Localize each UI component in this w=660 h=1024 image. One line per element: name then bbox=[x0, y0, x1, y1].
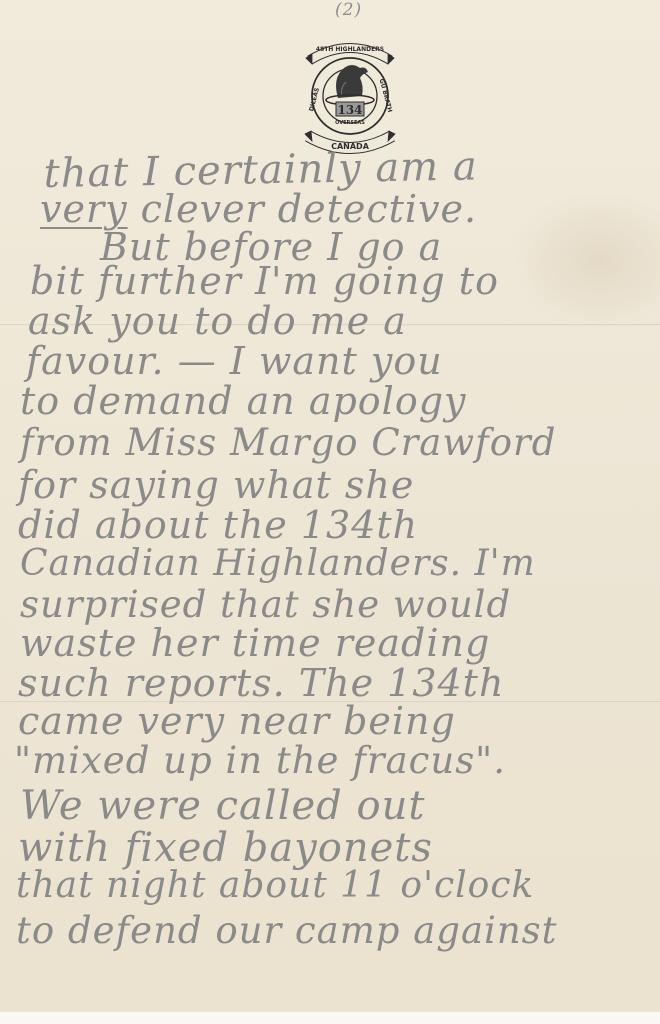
letter-line: came very near being bbox=[18, 702, 456, 740]
letter-line: that night about 11 o'clock bbox=[16, 868, 534, 904]
svg-text:GU BRATH: GU BRATH bbox=[378, 78, 394, 113]
letter-line: very clever detective. bbox=[40, 190, 477, 228]
svg-text:134: 134 bbox=[337, 103, 362, 117]
letter-line: for saying what she bbox=[18, 466, 414, 504]
letter-line: such reports. The 134th bbox=[18, 664, 504, 702]
svg-text:DILEAS: DILEAS bbox=[308, 87, 321, 112]
letter-line: waste her time reading bbox=[20, 624, 490, 662]
letter-line: to demand an apology bbox=[20, 382, 467, 420]
letter-line: with fixed bayonets bbox=[18, 828, 433, 868]
letter-line: to defend our camp against bbox=[16, 912, 558, 949]
letter-line: bit further I'm going to bbox=[30, 262, 499, 300]
svg-text:OVERSEAS: OVERSEAS bbox=[335, 120, 365, 126]
page-number: (2) bbox=[335, 0, 362, 20]
letter-line: favour. — I want you bbox=[26, 342, 443, 380]
letter-line: We were called out bbox=[20, 786, 425, 826]
letter-line: "mixed up in the fracus". bbox=[14, 742, 506, 779]
letter-line: surprised that she would bbox=[20, 586, 511, 623]
letter-line: ask you to do me a bbox=[28, 302, 407, 340]
letter-page: (2) 134 48TH HIGHLANDERS DILEAS bbox=[0, 0, 660, 1012]
svg-text:48TH HIGHLANDERS: 48TH HIGHLANDERS bbox=[316, 46, 384, 53]
letter-line: Canadian Highlanders. I'm bbox=[20, 546, 536, 582]
regimental-crest-icon: 134 48TH HIGHLANDERS DILEAS GU BRATH OVE… bbox=[302, 38, 398, 156]
scan-border bbox=[0, 1012, 660, 1024]
letter-line: did about the 134th bbox=[18, 506, 418, 544]
letter-line: from Miss Margo Crawford bbox=[20, 424, 556, 461]
